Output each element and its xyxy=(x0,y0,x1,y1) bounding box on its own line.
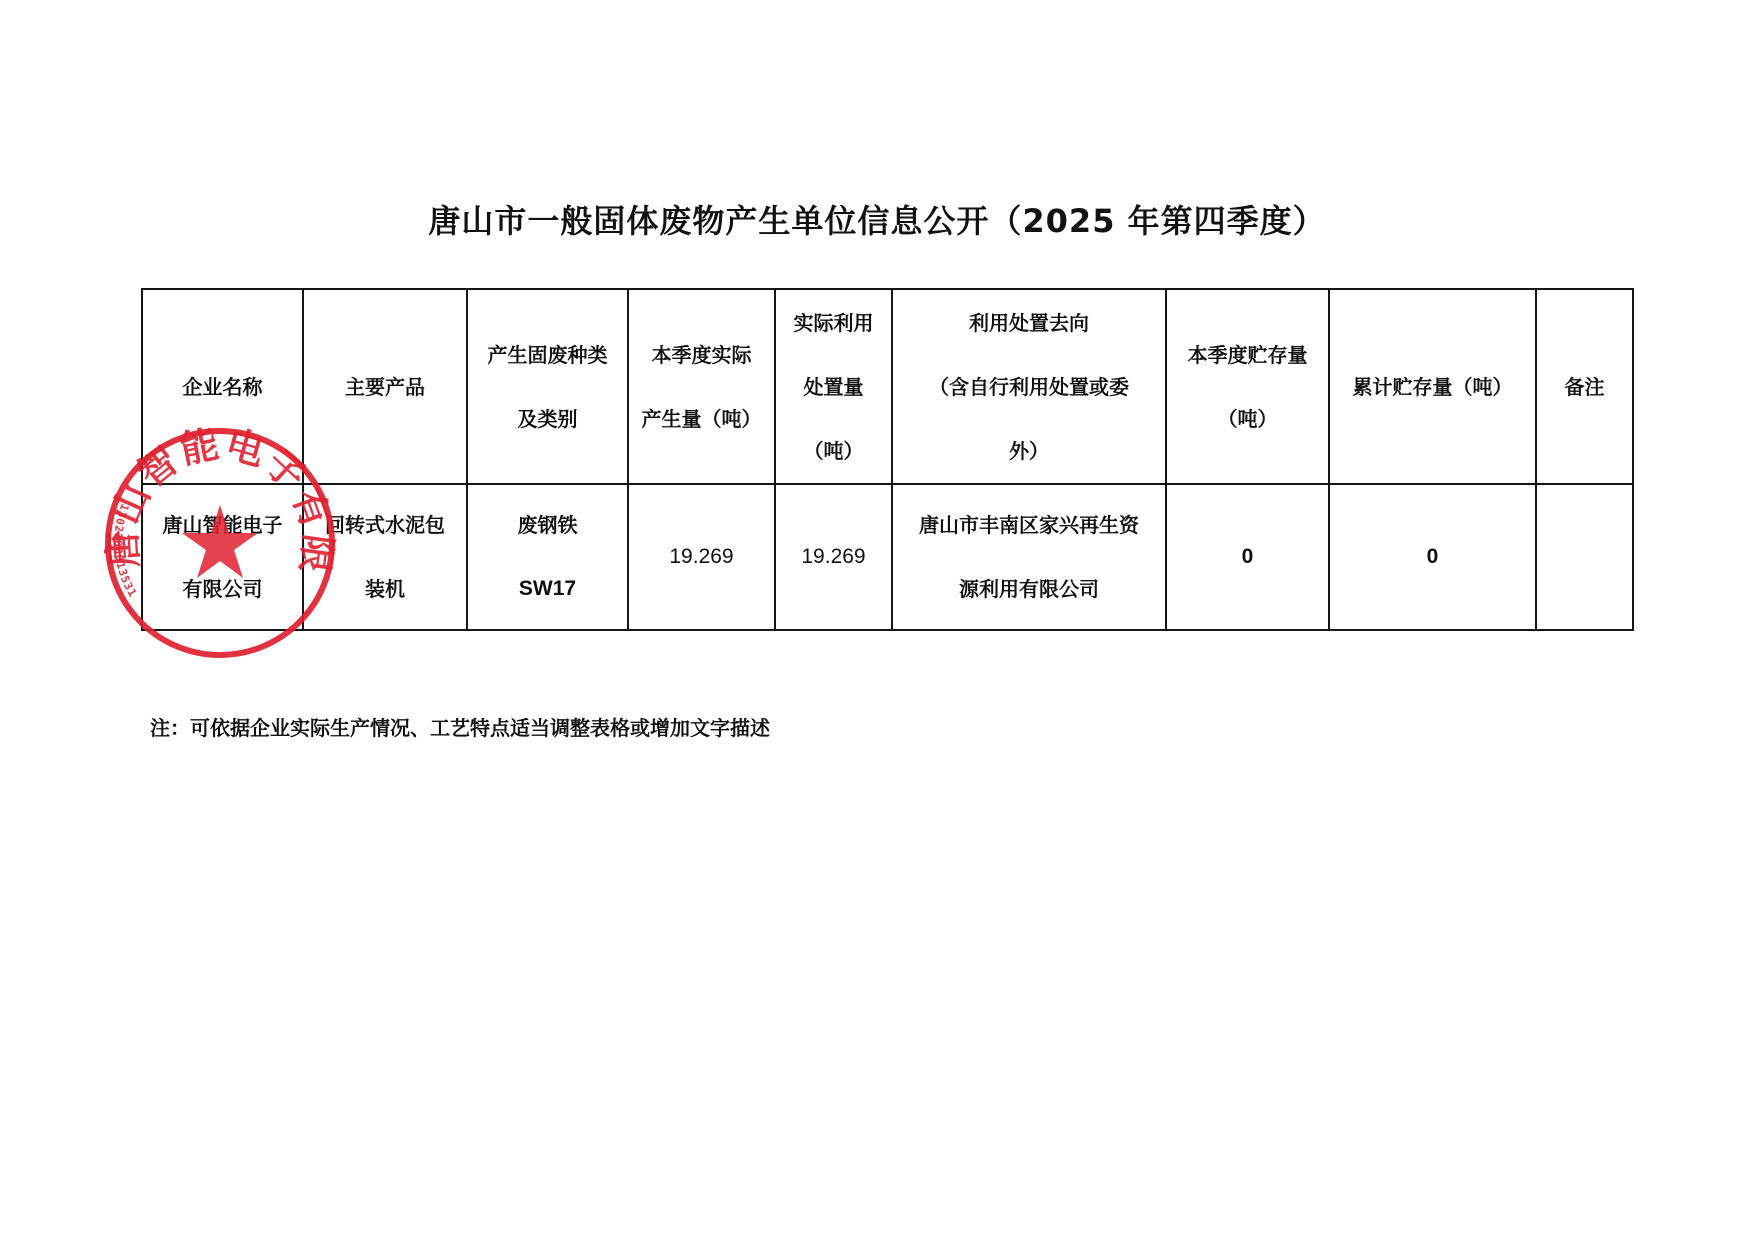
cell-quarter-storage: 0 xyxy=(1166,484,1329,630)
header-cumulative-storage: 累计贮存量（吨） xyxy=(1329,289,1536,484)
header-disposal-destination: 利用处置去向 （含自行利用处置或委 外） xyxy=(892,289,1166,484)
cell-waste-type: 废钢铁 SW17 xyxy=(467,484,628,630)
cell-generated-amount: 19.269 xyxy=(628,484,775,630)
header-main-product: 主要产品 xyxy=(303,289,467,484)
header-generated-amount: 本季度实际 产生量（吨） xyxy=(628,289,775,484)
header-company-name: 企业名称 xyxy=(142,289,303,484)
cell-main-product: 回转式水泥包 装机 xyxy=(303,484,467,630)
footnote: 注：可依据企业实际生产情况、工艺特点适当调整表格或增加文字描述 xyxy=(150,712,770,741)
header-quarter-storage: 本季度贮存量 （吨） xyxy=(1166,289,1329,484)
table-row: 唐山智能电子 有限公司 回转式水泥包 装机 废钢铁 SW17 19.269 19… xyxy=(142,484,1633,630)
cell-disposed-amount: 19.269 xyxy=(775,484,892,630)
cell-cumulative-storage: 0 xyxy=(1329,484,1536,630)
document-title: 唐山市一般固体废物产生单位信息公开（2025 年第四季度） xyxy=(0,196,1754,242)
header-waste-type: 产生固废种类 及类别 xyxy=(467,289,628,484)
waste-info-table: 企业名称 主要产品 产生固废种类 及类别 本季度实际 产生量（吨） 实际利用 处… xyxy=(141,288,1634,631)
header-remarks: 备注 xyxy=(1536,289,1633,484)
table-header-row: 企业名称 主要产品 产生固废种类 及类别 本季度实际 产生量（吨） 实际利用 处… xyxy=(142,289,1633,484)
header-disposed-amount: 实际利用 处置量 （吨） xyxy=(775,289,892,484)
cell-company-name: 唐山智能电子 有限公司 xyxy=(142,484,303,630)
cell-disposal-destination: 唐山市丰南区家兴再生资 源利用有限公司 xyxy=(892,484,1166,630)
cell-remarks xyxy=(1536,484,1633,630)
svg-text:1302180013531: 1302180013531 xyxy=(111,502,139,600)
